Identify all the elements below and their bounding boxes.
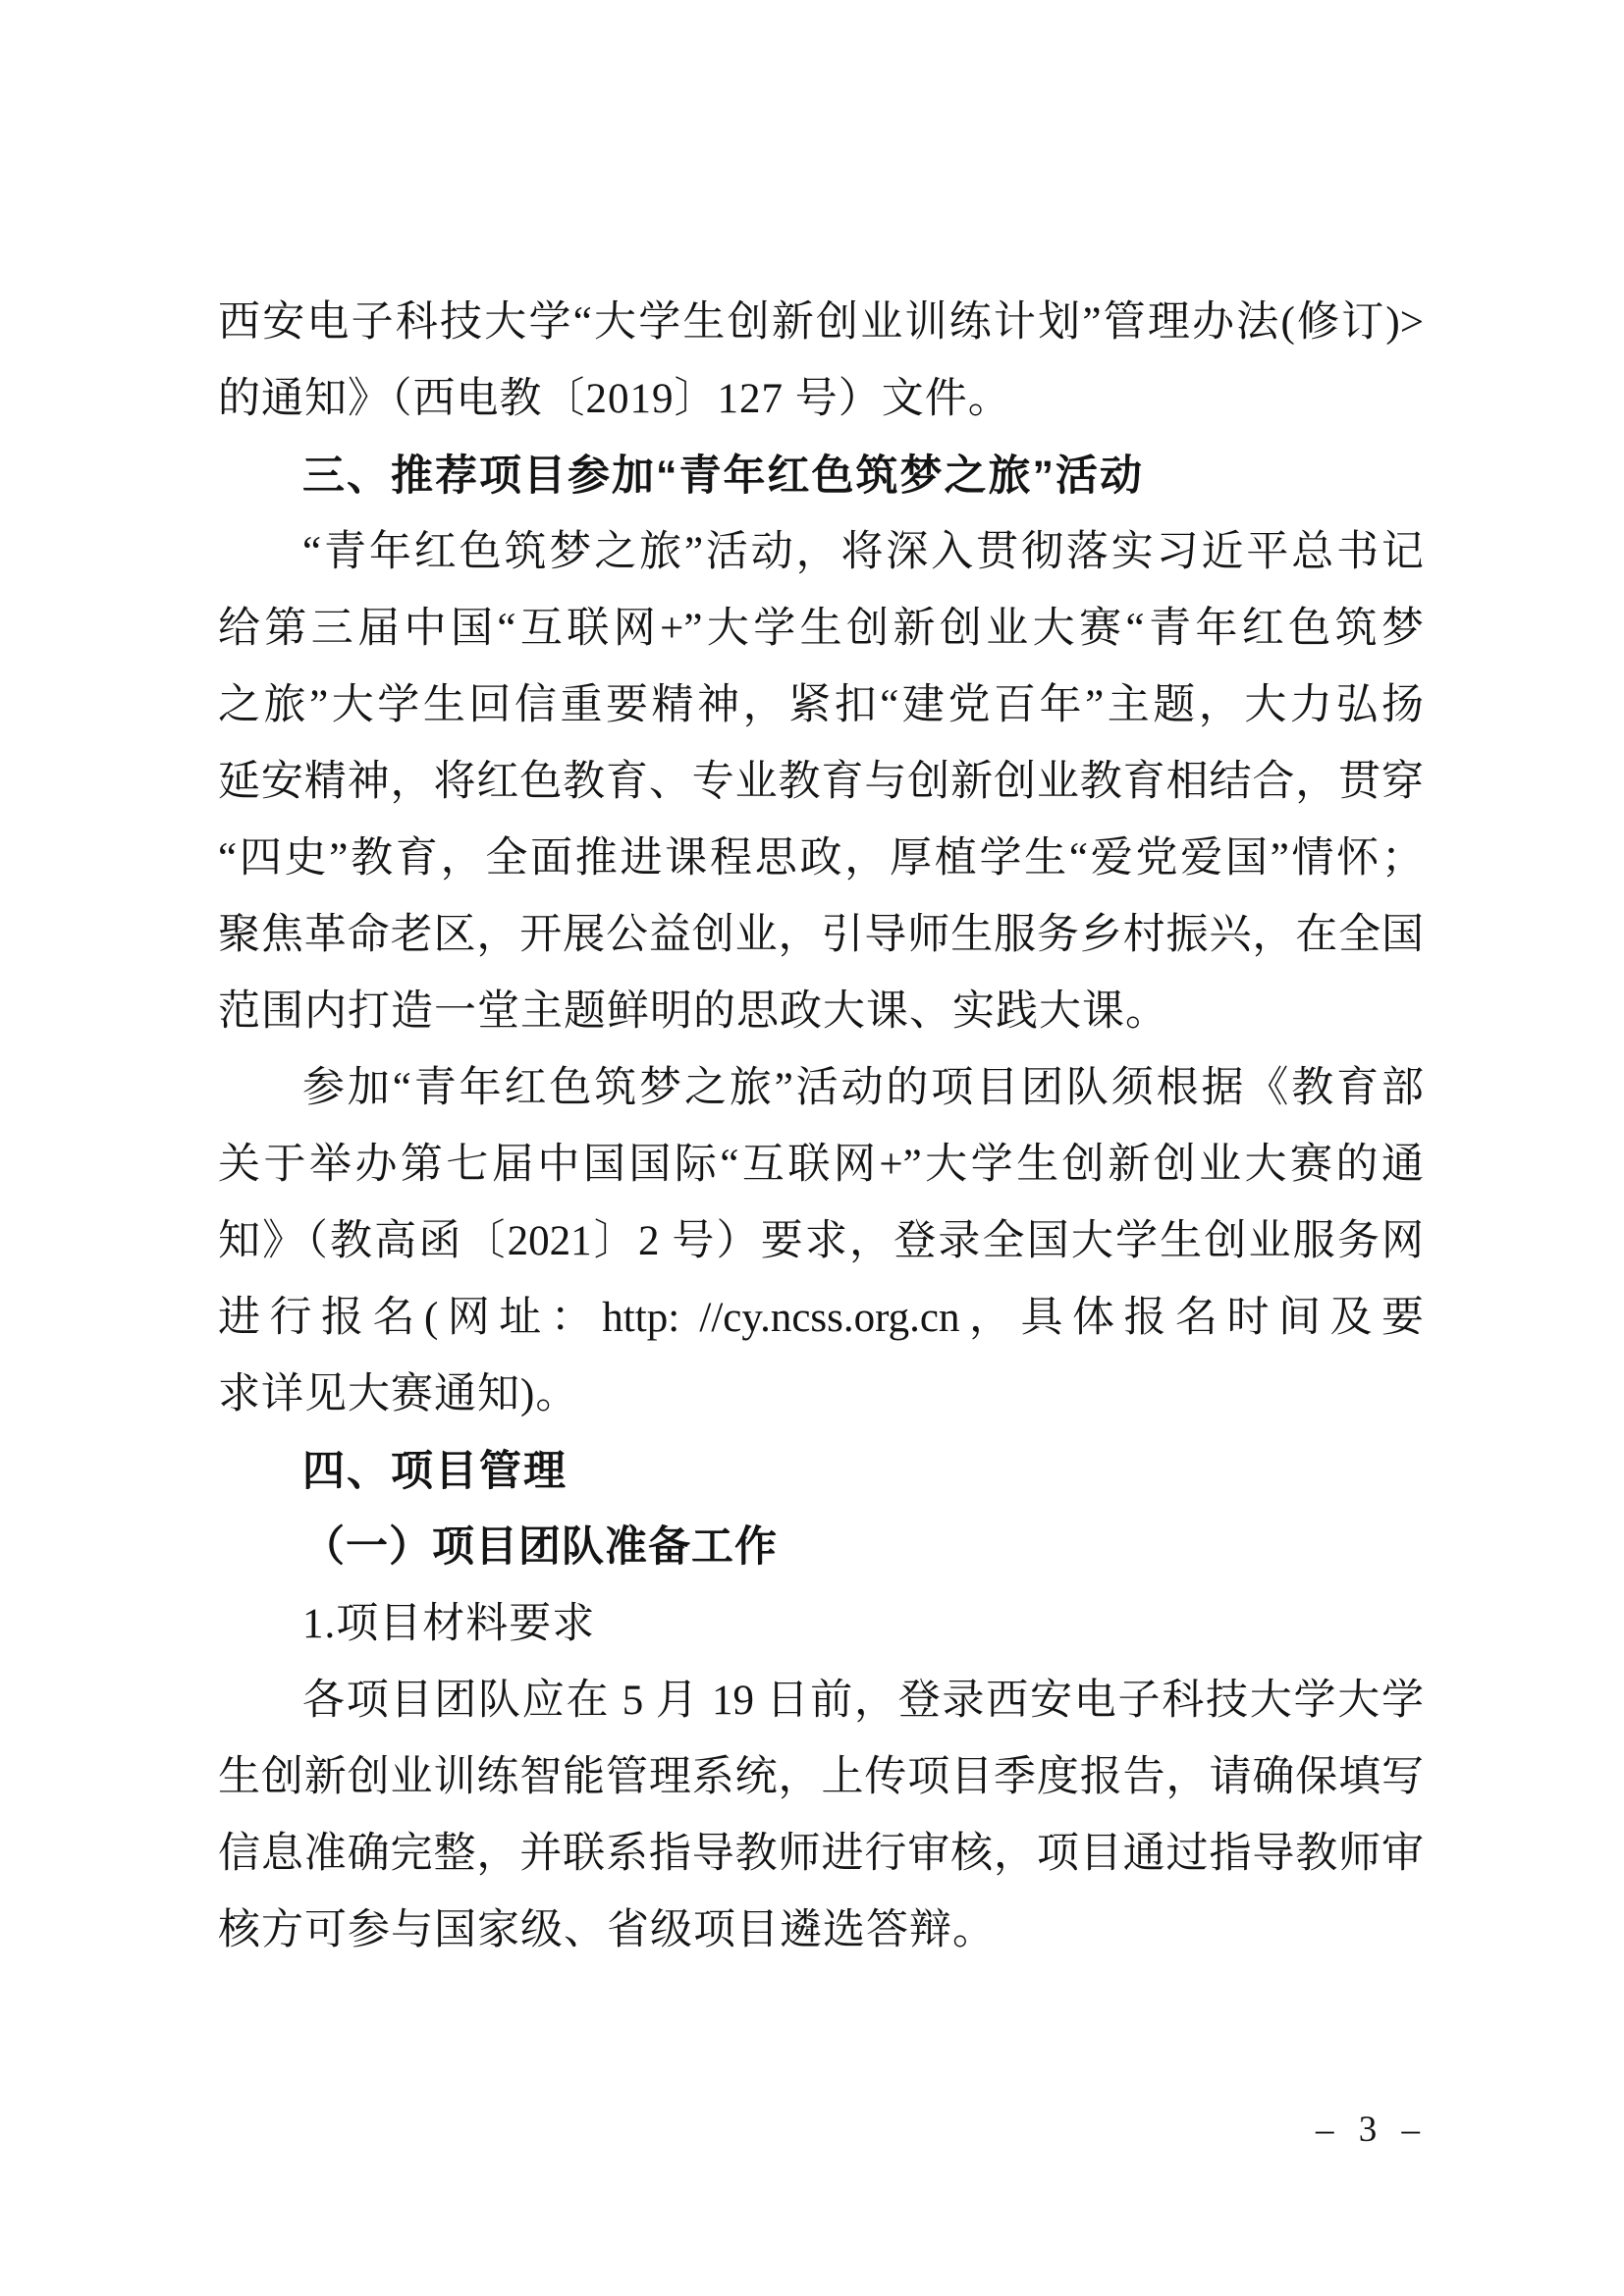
text-line: 核方可参与国家级、省级项目遴选答辩。 <box>218 1893 1424 1969</box>
text-line: 进行报名(网址：http: //cy.ncss.org.cn，具体报名时间及要 <box>218 1280 1424 1357</box>
document-body: 西安电子科技大学“大学生创新创业训练计划”管理办法(修订)>的通知》（西电教〔2… <box>218 285 1424 1969</box>
text-line: 参加“青年红色筑梦之旅”活动的项目团队须根据《教育部 <box>218 1050 1424 1127</box>
text-line: 求详见大赛通知)。 <box>218 1357 1424 1433</box>
section-heading: 四、项目管理 <box>218 1433 1424 1510</box>
text-line: 西安电子科技大学“大学生创新创业训练计划”管理办法(修订)> <box>218 285 1424 361</box>
text-line: 各项目团队应在 5 月 19 日前，登录西安电子科技大学大学 <box>218 1663 1424 1739</box>
text-line: 聚焦革命老区，开展公益创业，引导师生服务乡村振兴，在全国 <box>218 897 1424 974</box>
text-line: 关于举办第七届中国国际“互联网+”大学生创新创业大赛的通 <box>218 1127 1424 1203</box>
text-line: 生创新创业训练智能管理系统，上传项目季度报告，请确保填写 <box>218 1739 1424 1816</box>
page-number: – 3 – <box>1316 2107 1428 2154</box>
text-line: “青年红色筑梦之旅”活动，将深入贯彻落实习近平总书记 <box>218 514 1424 591</box>
text-line: 的通知》（西电教〔2019〕127 号）文件。 <box>218 361 1424 438</box>
subsection-heading: （一）项目团队准备工作 <box>218 1510 1424 1586</box>
text-line: 1.项目材料要求 <box>218 1586 1424 1663</box>
section-heading: 三、推荐项目参加“青年红色筑梦之旅”活动 <box>218 438 1424 514</box>
document-page: 西安电子科技大学“大学生创新创业训练计划”管理办法(修订)>的通知》（西电教〔2… <box>0 0 1624 2296</box>
text-line: 给第三届中国“互联网+”大学生创新创业大赛“青年红色筑梦 <box>218 591 1424 667</box>
text-line: “四史”教育，全面推进课程思政，厚植学生“爱党爱国”情怀； <box>218 821 1424 897</box>
text-line: 之旅”大学生回信重要精神，紧扣“建党百年”主题，大力弘扬 <box>218 667 1424 744</box>
text-line: 范围内打造一堂主题鲜明的思政大课、实践大课。 <box>218 974 1424 1050</box>
text-line: 延安精神，将红色教育、专业教育与创新创业教育相结合，贯穿 <box>218 744 1424 821</box>
text-line: 知》（教高函〔2021〕2 号）要求，登录全国大学生创业服务网 <box>218 1203 1424 1280</box>
text-line: 信息准确完整，并联系指导教师进行审核，项目通过指导教师审 <box>218 1816 1424 1893</box>
